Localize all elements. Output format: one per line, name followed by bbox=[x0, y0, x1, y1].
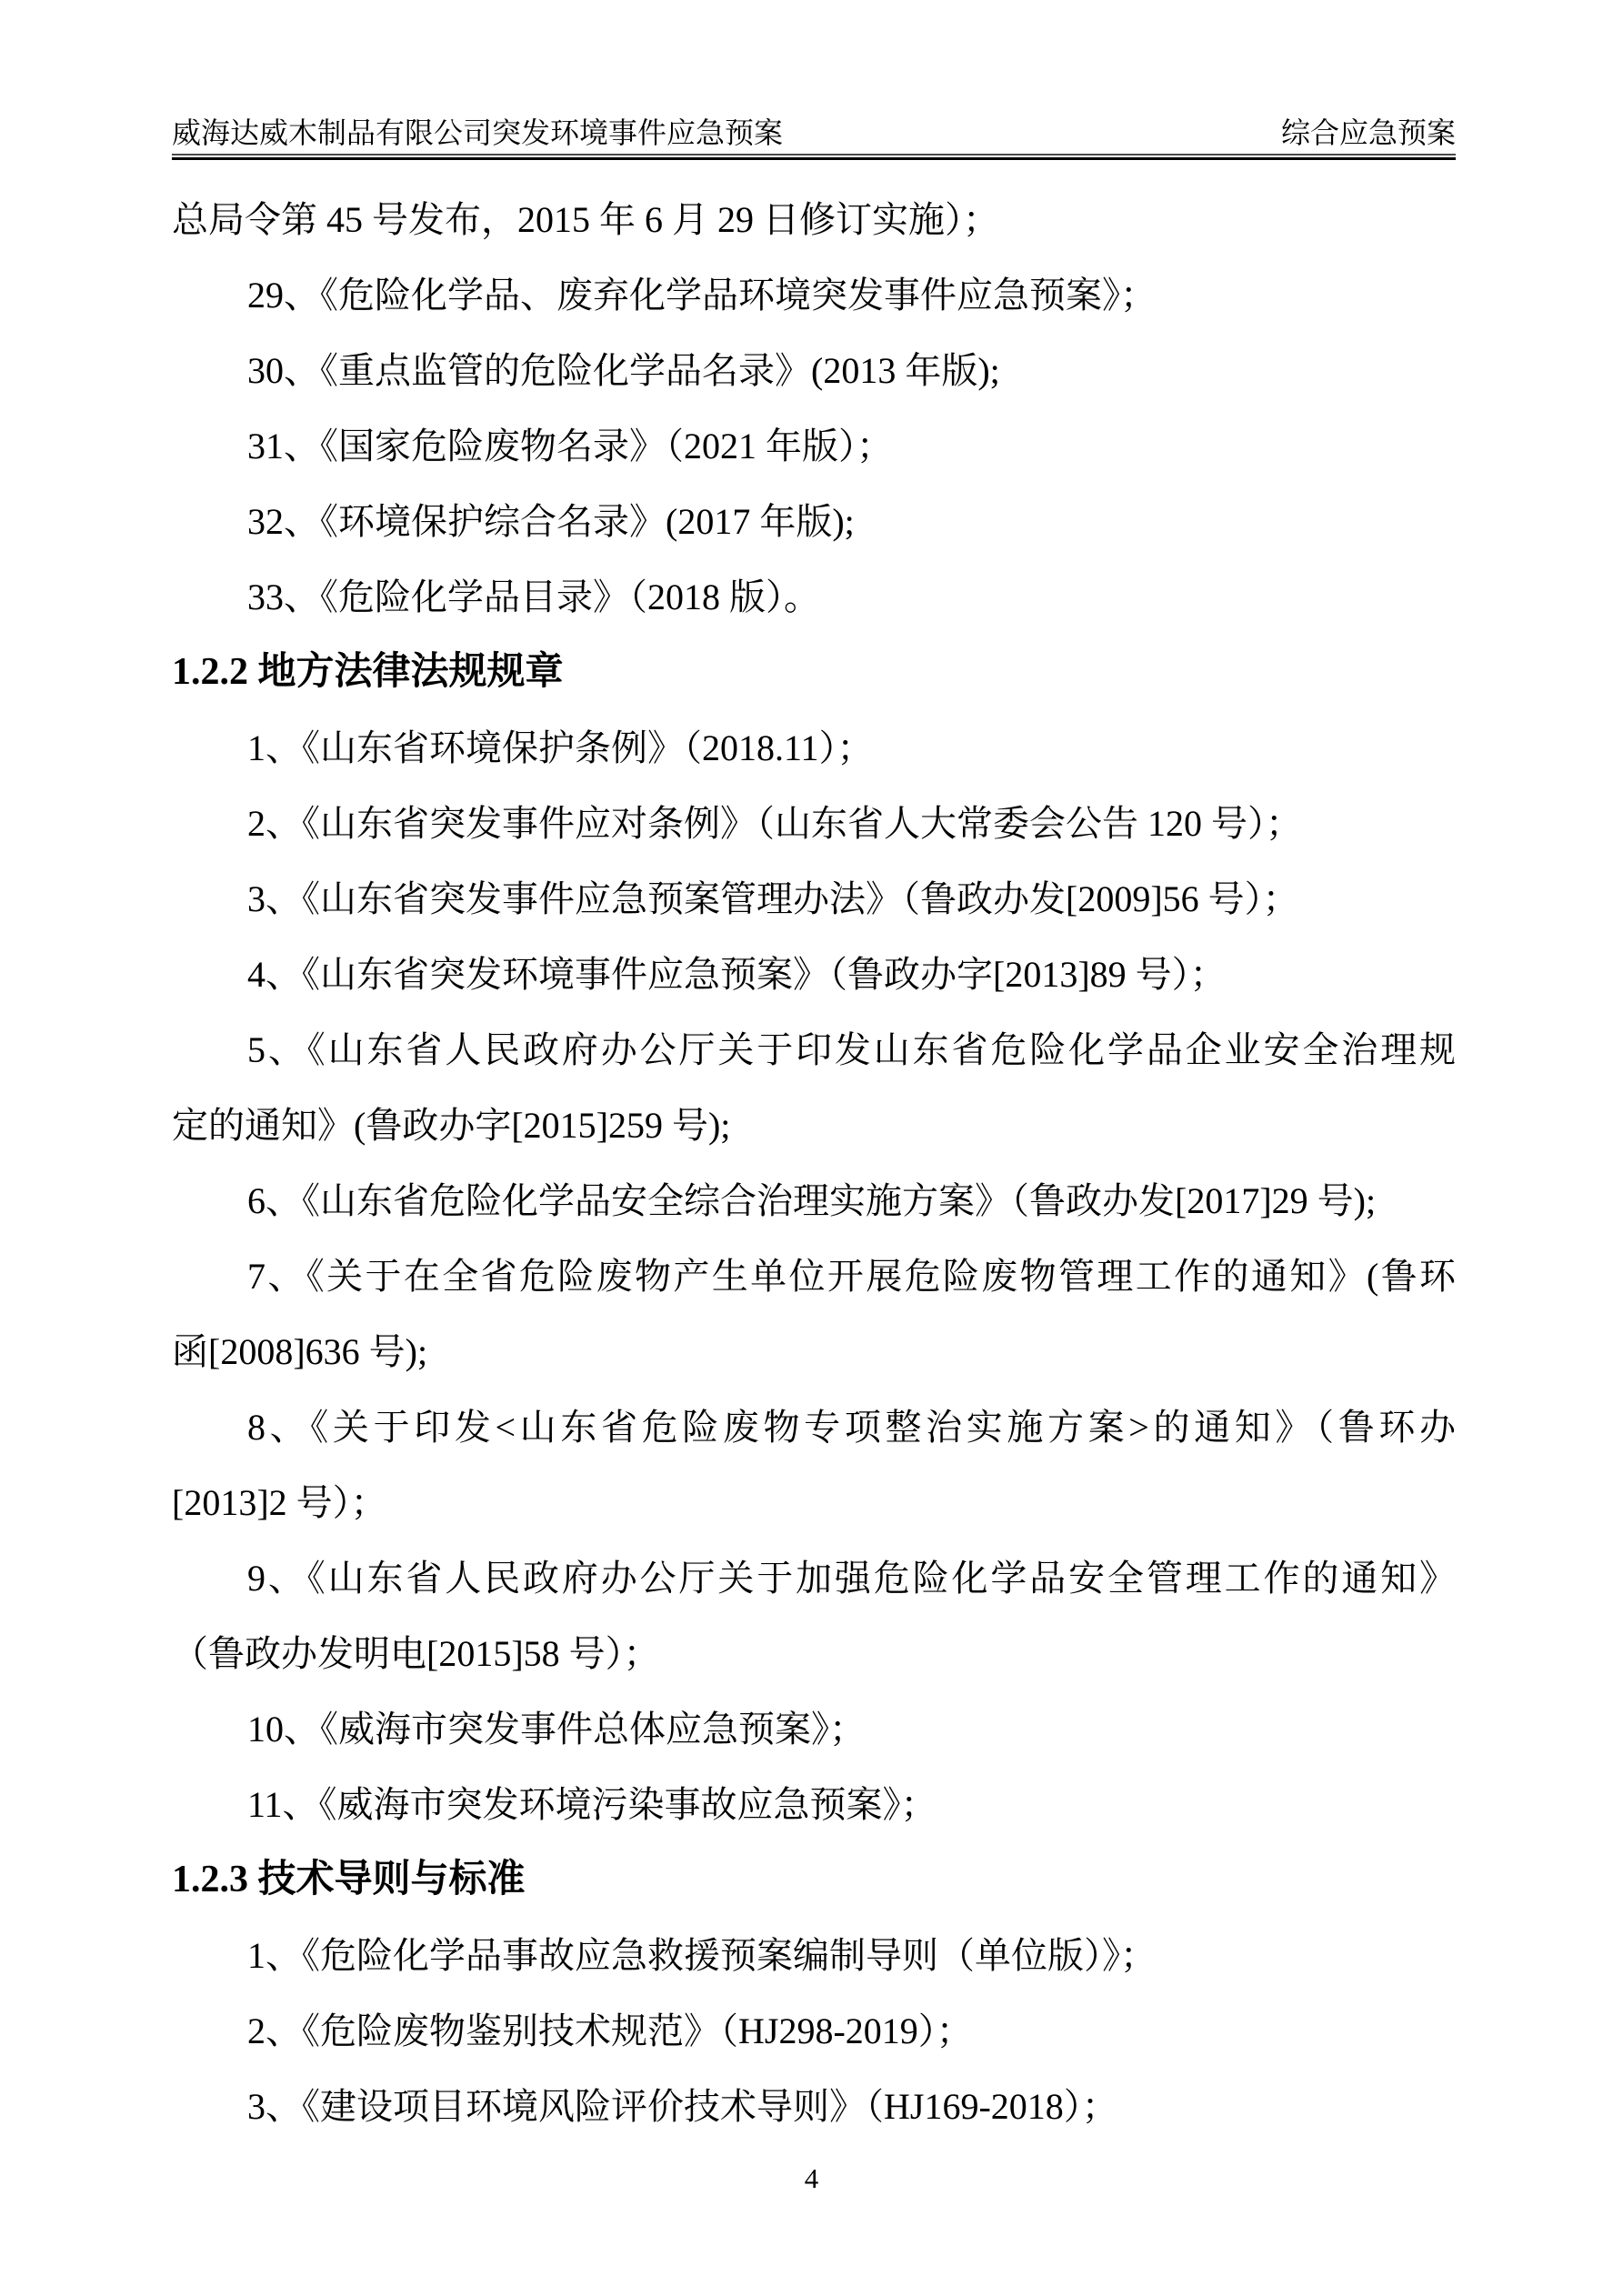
page-number: 4 bbox=[805, 2162, 819, 2194]
body-line: 4、《山东省突发环境事件应急预案》（鲁政办字[2013]89 号）； bbox=[172, 937, 1456, 1012]
document-page: 威海达威木制品有限公司突发环境事件应急预案 综合应急预案 总局令第 45 号发布… bbox=[0, 0, 1623, 2296]
body-line: 29、《危险化学品、废弃化学品环境突发事件应急预案》； bbox=[172, 257, 1456, 333]
body-line: 3、《山东省突发事件应急预案管理办法》（鲁政办发[2009]56 号）； bbox=[172, 861, 1456, 937]
body-line: 5、《山东省人民政府办公厅关于印发山东省危险化学品企业安全治理规 bbox=[172, 1012, 1456, 1088]
body-line: 32、《环境保护综合名录》(2017 年版); bbox=[172, 484, 1456, 559]
body-line: 定的通知》(鲁政办字[2015]259 号); bbox=[172, 1088, 1456, 1163]
body-line: 11、《威海市突发环境污染事故应急预案》； bbox=[172, 1767, 1456, 1842]
page-footer: 4 bbox=[0, 2161, 1623, 2197]
body-line: 1、《山东省环境保护条例》（2018.11）； bbox=[172, 710, 1456, 786]
section-heading: 1.2.2 地方法律法规规章 bbox=[172, 635, 1456, 710]
body-line: 1、《危险化学品事故应急救援预案编制导则（单位版）》； bbox=[172, 1918, 1456, 1993]
page-header: 威海达威木制品有限公司突发环境事件应急预案 综合应急预案 bbox=[172, 115, 1456, 151]
body-line: 2、《危险废物鉴别技术规范》（HJ298-2019）； bbox=[172, 1993, 1456, 2069]
body-line: 总局令第 45 号发布，2015 年 6 月 29 日修订实施）； bbox=[172, 182, 1456, 257]
body-line: 6、《山东省危险化学品安全综合治理实施方案》（鲁政办发[2017]29 号); bbox=[172, 1163, 1456, 1238]
body-line: 10、《威海市突发事件总体应急预案》； bbox=[172, 1691, 1456, 1767]
header-rule bbox=[172, 154, 1456, 160]
body-line: 函[2008]636 号); bbox=[172, 1314, 1456, 1389]
body-line: 2、《山东省突发事件应对条例》（山东省人大常委会公告 120 号）； bbox=[172, 786, 1456, 861]
body-line: 3、《建设项目环境风险评价技术导则》（HJ169-2018）； bbox=[172, 2069, 1456, 2144]
body-line: 7、《关于在全省危险废物产生单位开展危险废物管理工作的通知》(鲁环 bbox=[172, 1238, 1456, 1314]
body-line: 31、《国家危险废物名录》（2021 年版）； bbox=[172, 408, 1456, 484]
body-line: 30、《重点监管的危险化学品名录》(2013 年版); bbox=[172, 333, 1456, 408]
body-line: （鲁政办发明电[2015]58 号）； bbox=[172, 1616, 1456, 1691]
section-heading: 1.2.3 技术导则与标准 bbox=[172, 1842, 1456, 1918]
body-line: [2013]2 号）； bbox=[172, 1465, 1456, 1540]
header-right-title: 综合应急预案 bbox=[1281, 115, 1456, 151]
body-line: 8、《关于印发<山东省危险废物专项整治实施方案>的通知》（鲁环办 bbox=[172, 1389, 1456, 1465]
header-left-title: 威海达威木制品有限公司突发环境事件应急预案 bbox=[172, 115, 783, 151]
body-line: 9、《山东省人民政府办公厅关于加强危险化学品安全管理工作的通知》 bbox=[172, 1540, 1456, 1616]
body-line: 33、《危险化学品目录》（2018 版）。 bbox=[172, 559, 1456, 635]
document-body: 总局令第 45 号发布，2015 年 6 月 29 日修订实施）；29、《危险化… bbox=[172, 182, 1456, 2144]
